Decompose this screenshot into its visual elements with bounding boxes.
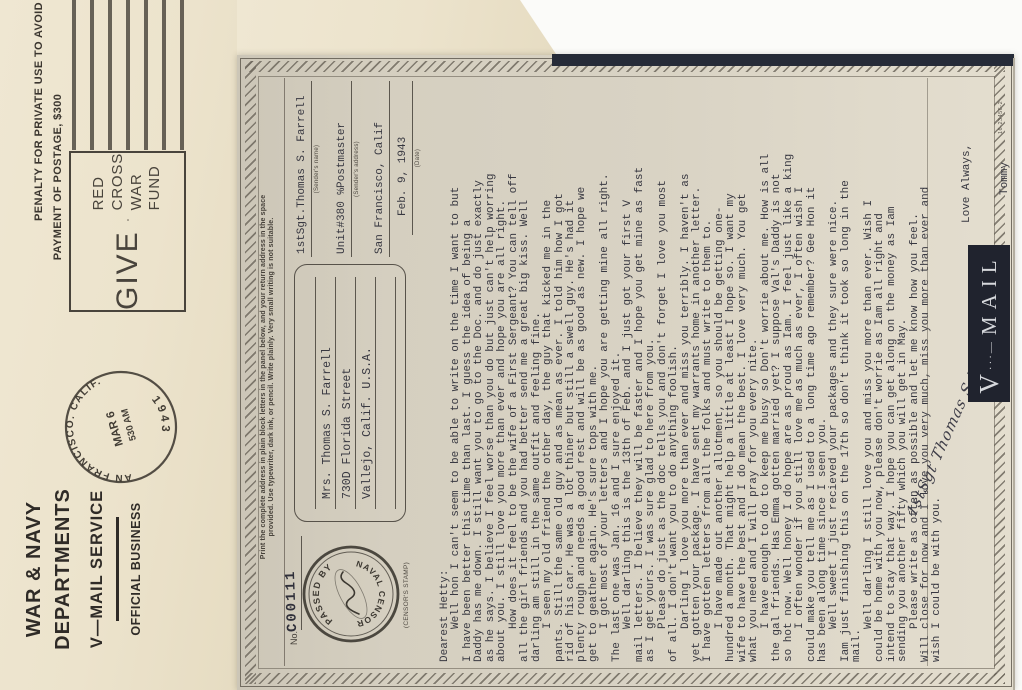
- vmail-logo-morse-icon: ···—: [985, 340, 997, 370]
- sender-address: Unit#380 ℅Postmaster: [336, 122, 348, 254]
- censor-initials-scribble: [341, 572, 359, 614]
- closing: Love Always, Tommy: [936, 144, 1022, 223]
- censor-stamp: PASSED BY NAVAL CENSOR: [299, 542, 403, 646]
- killer-bar: [72, 0, 76, 150]
- vmail-logo-v: V: [976, 374, 1003, 394]
- recipient-street: 730D Florida Street: [341, 368, 354, 499]
- instruction-text: Print the complete address in plain bloc…: [260, 142, 277, 612]
- killer-bar: [126, 0, 130, 150]
- letter-date-line: [412, 81, 413, 235]
- vmail-logo-mail: MAIL: [979, 253, 1000, 335]
- hatch-border-left: [245, 673, 1005, 684]
- top-shadow-strip: [552, 54, 1014, 66]
- penalty-notice-line1: PENALTY FOR PRIVATE USE TO AVOID: [33, 2, 45, 352]
- slogan-fund-text: RED CROSS WAR FUND: [90, 153, 165, 210]
- killer-bar: [90, 0, 94, 150]
- censor-stamp-label: (CENSOR'S STAMP): [403, 547, 410, 643]
- sender-city: San Francisco, Calif: [374, 122, 386, 254]
- red-cross-icon: [115, 219, 141, 221]
- recipient-city: Vallejo, Calif. U.S.A.: [361, 347, 374, 499]
- vmail-letter-content: Print the complete address in plain bloc…: [237, 55, 1015, 690]
- svg-text:PASSED BY: PASSED BY: [311, 561, 334, 626]
- address-rule: [315, 277, 316, 509]
- return-corner-card: WAR & NAVY DEPARTMENTS V—MAIL SERVICE OF…: [24, 452, 142, 686]
- address-rule: [375, 277, 376, 509]
- postmark-year: 1943: [148, 393, 175, 438]
- slogan-give-text: GIVE: [111, 230, 145, 310]
- slogan-line1: RED CROSS: [90, 153, 128, 210]
- sender-name-line: [311, 81, 312, 257]
- address-rule: [395, 277, 396, 509]
- instruction-line1: Print the complete address in plain bloc…: [260, 142, 268, 612]
- scanned-vmail-document: WAR & NAVY DEPARTMENTS V—MAIL SERVICE OF…: [0, 0, 1022, 690]
- censor-initial-oval: [329, 565, 374, 623]
- closing-line1: Love Always,: [961, 144, 974, 223]
- killer-bar: [108, 0, 112, 150]
- corner-card-rule: [116, 517, 119, 621]
- body-text: Dearest Hetty: Well hon I can't seem to …: [440, 154, 944, 662]
- sender-address-line: [351, 81, 352, 257]
- vmail-logo: V ···— MAIL: [968, 245, 1010, 402]
- slogan-stamp: GIVE RED CROSS WAR FUND: [69, 151, 186, 312]
- censor-arc-top: PASSED BY: [311, 561, 334, 626]
- penalty-notice-line2: PAYMENT OF POSTAGE, $300: [52, 2, 64, 352]
- instruction-line2: provided. Use typewriter, dark ink, or p…: [268, 142, 276, 612]
- killer-bar: [180, 0, 184, 150]
- letter-date-label: (Date): [415, 81, 421, 235]
- form-number: 16-23456-2: [998, 101, 1004, 134]
- censor-no-label: No.: [289, 631, 299, 645]
- recipient-name: Mrs. Thomas S. Farrell: [321, 347, 334, 499]
- sender-name-label: (Sender's name): [314, 81, 320, 257]
- corner-card-line1: WAR & NAVY: [24, 452, 44, 686]
- censor-arc-bottom: NAVAL CENSOR: [355, 558, 387, 629]
- letter-right-edge: [1013, 58, 1015, 690]
- closing-line2: Tommy: [999, 144, 1012, 223]
- fold-line-bottom: [927, 78, 928, 666]
- hatch-border-top: [245, 61, 256, 684]
- svg-text:NAVAL CENSOR: NAVAL CENSOR: [355, 558, 387, 629]
- killer-bar: [162, 0, 166, 150]
- corner-card-line4: OFFICIAL BUSINESS: [130, 452, 143, 686]
- corner-card-line3: V—MAIL SERVICE: [89, 452, 106, 686]
- corner-card-line2: DEPARTMENTS: [53, 452, 73, 686]
- letter-date: Feb. 9, 1943: [397, 137, 409, 216]
- svg-text:1943: 1943: [148, 393, 175, 438]
- sender-name: 1stSgt.Thomas S. Farrell: [296, 96, 308, 254]
- sender-city-line: [389, 81, 390, 257]
- slogan-line2: WAR FUND: [128, 153, 166, 210]
- killer-bar: [144, 0, 148, 150]
- address-rule: [355, 277, 356, 509]
- sender-address-label: (Sender's address): [354, 81, 360, 257]
- address-panel: Mrs. Thomas S. Farrell 730D Florida Stre…: [294, 264, 406, 522]
- address-rule: [335, 277, 336, 509]
- postmark-stamp: SAN FRANCISCO. CALIF. 3 1943 MAR 6 530 A…: [61, 367, 181, 487]
